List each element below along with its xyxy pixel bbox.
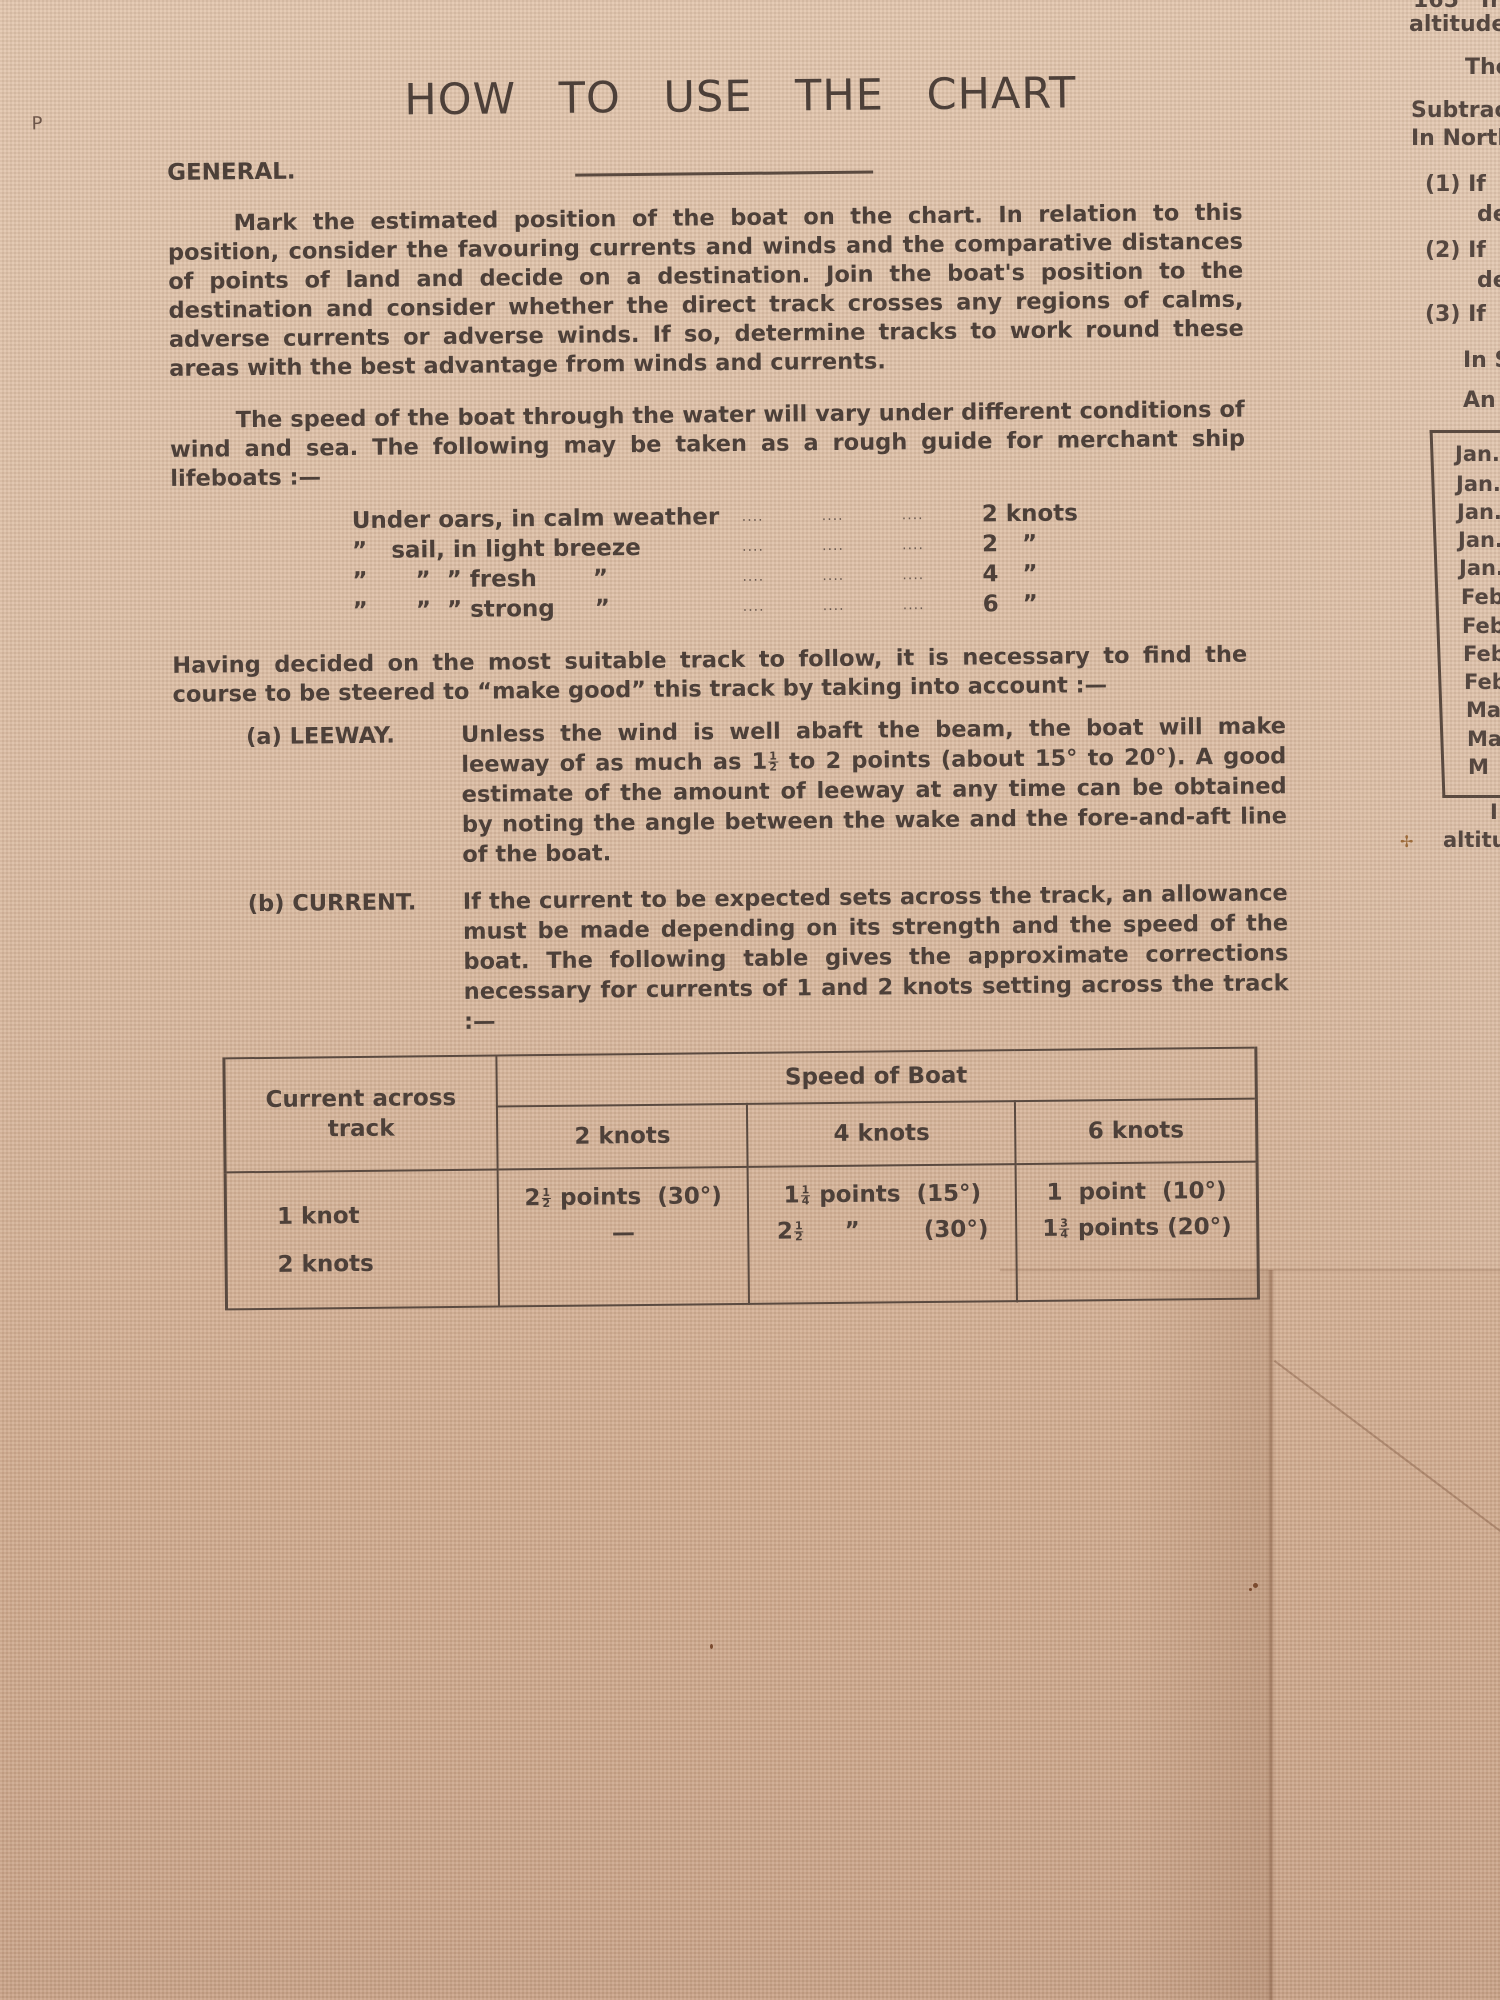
cell-4kn-1kt: 114 points (15°): [749, 1175, 1015, 1214]
header-6-knots: 6 knots: [1015, 1098, 1257, 1164]
fraction-denominator: 2: [541, 1199, 551, 1209]
speed-condition: ” ” ” fresh ”: [352, 564, 742, 594]
adjacent-line: The: [1465, 55, 1500, 80]
cell-2kn-1kt: 212 points (30°): [499, 1178, 748, 1217]
item-current-label: (b) CURRENT.: [248, 887, 417, 919]
leader-dots: ....: [902, 536, 982, 553]
month-label: Jan.: [1457, 500, 1500, 524]
whole-number: 2: [524, 1185, 540, 1211]
title-underline: [575, 171, 873, 177]
cell-2kn-2kt: —: [499, 1214, 748, 1253]
leader-dots: ....: [822, 537, 902, 554]
speed-guide-list: Under oars, in calm weather .... .... ..…: [352, 498, 1113, 626]
month-label: Jan.: [1459, 556, 1500, 580]
cell-6-knots: 1 point (10°) 134 points (20°): [1016, 1162, 1258, 1302]
row-label-1-knot: 1 knot: [277, 1202, 360, 1229]
adjacent-line: altitude: [1409, 12, 1500, 37]
paragraph-speed-text: The speed of the boat through the water …: [170, 397, 1245, 492]
leader-dots: ....: [822, 567, 902, 584]
fraction-one-half: 12: [768, 752, 778, 773]
item-current-body: If the current to be expected sets acros…: [463, 878, 1290, 1037]
cell-rest: points (30°): [552, 1183, 722, 1211]
header-current-across-track: Current across track: [224, 1056, 498, 1173]
item-leeway-label: (a) LEEWAY.: [246, 721, 395, 753]
cell-6kn-2kt: 134 points (20°): [1017, 1209, 1256, 1247]
cell-rest: ” (30°): [805, 1216, 989, 1244]
leader-dots: ....: [823, 597, 903, 614]
adjacent-line: In S: [1463, 348, 1500, 373]
month-label: Jan.: [1456, 472, 1500, 496]
paragraph-general-text: Mark the estimated position of the boat …: [168, 200, 1244, 382]
speed-condition: ” ” ” strong ”: [353, 594, 743, 624]
fraction: 12: [794, 1221, 804, 1242]
stain-spot: [1249, 1588, 1252, 1591]
leader-dots: ....: [742, 508, 822, 525]
cell-6kn-1kt: 1 point (10°): [1017, 1173, 1256, 1211]
fraction: 34: [1059, 1219, 1069, 1240]
header-4-knots: 4 knots: [747, 1101, 1016, 1167]
header-current-line2: track: [328, 1116, 395, 1143]
adjacent-line: de: [1477, 202, 1500, 227]
adjacent-line: Subtract: [1411, 98, 1500, 123]
adjacent-line: (2) If: [1425, 238, 1486, 263]
adjacent-footer-line: altitu: [1443, 828, 1500, 852]
header-speed-of-boat: Speed of Boat: [496, 1048, 1256, 1107]
leader-dots: ....: [742, 538, 822, 555]
month-label: Ma: [1466, 698, 1500, 722]
month-label: Jan.: [1455, 442, 1500, 466]
whole-number: 2: [777, 1218, 793, 1244]
header-2-knots: 2 knots: [497, 1104, 748, 1170]
month-label: Feb: [1463, 642, 1500, 666]
stain-spot: [710, 1644, 713, 1649]
adjacent-line: (3) If: [1425, 302, 1486, 327]
page-title: HOW TO USE THE CHART: [404, 68, 1076, 125]
fraction-denominator: 4: [801, 1196, 811, 1206]
document-page: P HOW TO USE THE CHART GENERAL. Mark the…: [0, 0, 1313, 1402]
cell-4-knots: 114 points (15°) 212 ” (30°): [748, 1164, 1017, 1304]
leader-dots: ....: [822, 507, 902, 524]
stain-spot: [1253, 1583, 1258, 1588]
speed-value: 2 knots: [982, 500, 1092, 527]
star-mark-icon: ✢: [1400, 832, 1413, 851]
fraction-denominator: 4: [1059, 1230, 1069, 1240]
whole-number: 1: [783, 1182, 799, 1208]
cell-rest: points (20°): [1070, 1214, 1232, 1242]
speed-value: 2 ”: [982, 530, 1092, 557]
leader-dots: ....: [902, 506, 982, 523]
item-leeway: (a) LEEWAY. Unless the wind is well abaf…: [246, 711, 1288, 872]
adjacent-line: de: [1477, 268, 1500, 293]
speed-value: 4 ”: [982, 560, 1092, 587]
cell-2-knots: 212 points (30°) —: [498, 1167, 750, 1307]
fraction: 12: [541, 1188, 551, 1209]
paragraph-speed: The speed of the boat through the water …: [170, 396, 1246, 494]
month-label: Jan.: [1458, 528, 1500, 552]
cell-4kn-2kt: 212 ” (30°): [750, 1211, 1016, 1250]
leader-dots: ....: [743, 598, 823, 615]
margin-pencil-mark: P: [32, 113, 43, 134]
whole-number: 1: [1042, 1216, 1058, 1242]
cell-rest: points (15°): [811, 1180, 981, 1208]
adjacent-line: In North: [1411, 126, 1500, 151]
speed-condition: ” sail, in light breeze: [352, 534, 742, 564]
section-heading-general: GENERAL.: [167, 159, 296, 186]
fraction: 14: [801, 1185, 811, 1206]
month-label: Feb: [1461, 585, 1500, 609]
adjacent-line: (1) If: [1425, 172, 1486, 197]
speed-value: 6 ”: [983, 590, 1093, 617]
month-label: Feb: [1462, 614, 1500, 638]
leader-dots: ....: [742, 568, 822, 585]
item-leeway-body: Unless the wind is well abaft the beam, …: [461, 711, 1288, 870]
month-label: Feb: [1464, 670, 1500, 694]
month-label: M: [1468, 755, 1489, 779]
fraction-denominator: 2: [768, 763, 778, 773]
row-labels-cell: 1 knot 2 knots: [225, 1170, 499, 1310]
leader-dots: ....: [903, 596, 983, 613]
month-label: Ma: [1467, 727, 1500, 751]
table-row: 1 knot 2 knots 212 points (30°) — 114 po…: [225, 1162, 1258, 1310]
row-label-2-knots: 2 knots: [277, 1250, 373, 1277]
current-correction-table: Current across track Speed of Boat 2 kno…: [222, 1047, 1260, 1311]
adjacent-footer-line: I: [1490, 800, 1498, 824]
header-current-line1: Current across: [265, 1085, 456, 1113]
leader-dots: ....: [902, 566, 982, 583]
speed-condition: Under oars, in calm weather: [352, 504, 742, 534]
paragraph-general: Mark the estimated position of the boat …: [168, 199, 1245, 384]
item-current: (b) CURRENT. If the current to be expect…: [248, 878, 1290, 1039]
paragraph-course: Having decided on the most suitable trac…: [172, 641, 1248, 710]
fraction-denominator: 2: [794, 1232, 804, 1242]
adjacent-line: An: [1463, 388, 1496, 413]
